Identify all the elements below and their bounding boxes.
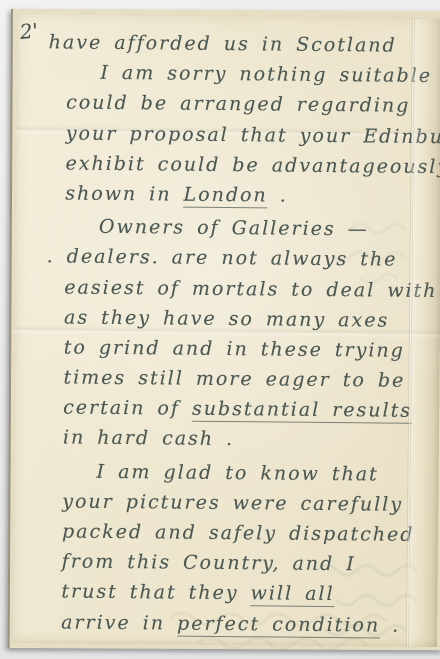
handwritten-line: in hard cash . — [27, 423, 427, 457]
letter-photo: 2' have afforded us in ScotlandI am sorr… — [0, 0, 440, 659]
handwritten-line: packed and safely dispatched — [26, 516, 426, 550]
text-segment: shown in — [65, 182, 184, 205]
text-segment: . dealers. are not always the — [47, 246, 398, 271]
letter-page: 2' have afforded us in ScotlandI am sorr… — [11, 13, 440, 647]
text-segment: easiest of mortals to deal with — [64, 276, 437, 302]
handwritten-line: times still more eager to be — [27, 362, 427, 396]
handwritten-line: your proposal that your Edinburgh — [30, 118, 430, 152]
text-segment: I am sorry nothing suitable — [100, 62, 432, 87]
text-segment: . — [380, 614, 400, 636]
text-segment: certain of — [63, 397, 192, 420]
handwritten-line: I am sorry nothing suitable — [30, 57, 430, 91]
handwritten-line: have afforded us in Scotland — [31, 27, 431, 61]
text-segment: I am glad to know that — [96, 460, 378, 485]
underlined-text: perfect condition — [177, 612, 380, 638]
handwritten-line: as they have so many axes — [28, 302, 428, 336]
text-segment: Owners of Galleries — — [99, 216, 369, 241]
text-segment: times still more eager to be — [63, 367, 405, 392]
underlined-text: London — [183, 184, 267, 209]
text-segment: could be arranged regarding — [66, 92, 410, 117]
handwritten-line: certain of substantial results — [27, 392, 427, 426]
underlined-text: will all — [250, 583, 334, 608]
handwritten-line: arrive in perfect condition . — [25, 607, 425, 641]
handwritten-line: Owners of Galleries — — [29, 211, 429, 245]
text-segment: . — [268, 184, 288, 206]
handwritten-line: trust that they will all — [25, 576, 425, 610]
underlined-text: substantial results — [192, 398, 412, 424]
text-segment: arrive in — [61, 611, 177, 634]
text-segment: have afforded us in Scotland — [49, 31, 397, 56]
text-segment: your proposal that your Edinburgh — [66, 122, 440, 148]
text-segment: from this Country, and I — [62, 551, 356, 576]
handwritten-line: I am glad to know that — [26, 456, 426, 490]
handwritten-line: from this Country, and I — [26, 546, 426, 580]
handwritten-line: could be arranged regarding — [30, 88, 430, 122]
text-segment: trust that they — [61, 581, 250, 605]
handwritten-line: your pictures were carefully — [26, 486, 426, 520]
text-segment: in hard cash . — [63, 427, 234, 451]
handwritten-line: exhibit could be advantageously — [29, 148, 429, 182]
text-segment: to grind and in these trying — [64, 336, 405, 361]
handwritten-line: shown in London . — [29, 178, 429, 212]
handwritten-line: easiest of mortals to deal with — [28, 272, 428, 306]
text-segment: exhibit could be advantageously — [65, 152, 440, 178]
text-segment: packed and safely dispatched — [62, 520, 415, 545]
text-segment: as they have so many axes — [64, 306, 389, 331]
adjoining-leaf-strip — [409, 19, 440, 647]
letter-body: have afforded us in ScotlandI am sorry n… — [25, 24, 431, 641]
text-segment: your pictures were carefully — [62, 490, 403, 515]
handwritten-line: to grind and in these trying — [28, 332, 428, 366]
handwritten-line: . dealers. are not always the — [29, 241, 429, 275]
